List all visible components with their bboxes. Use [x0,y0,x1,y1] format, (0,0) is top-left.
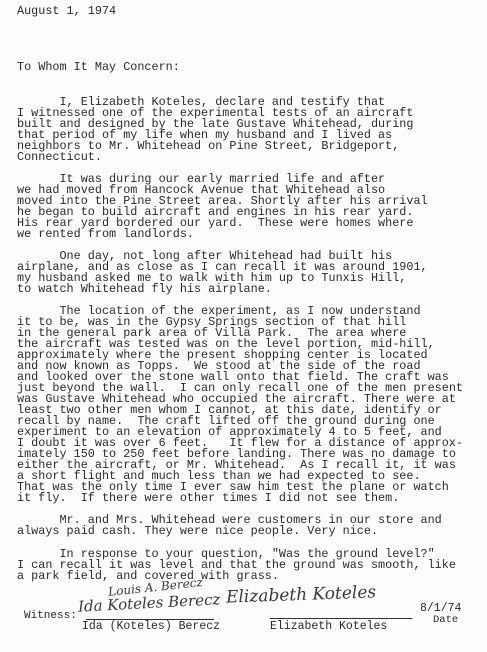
text-line: it fly. If there were other times I did … [17,493,399,504]
signer-printed-name: Elizabeth Koteles [270,621,387,632]
text-line: we rented from landlords. [17,229,194,240]
witness-signature: Ida Koteles Berecz [78,590,221,615]
signature-date: 8/1/74 [420,603,461,614]
text-line: always paid cash. They were nice people.… [17,526,378,537]
salutation: To Whom It May Concern: [17,62,180,73]
signer-signature: Elizabeth Koteles [226,582,377,607]
signer-signature-line [270,618,412,619]
affidavit-page: August 1, 1974 To Whom It May Concern: I… [0,0,487,652]
witness-label: Witness: [24,611,77,622]
date-label: Date [433,615,458,626]
text-line: to watch Whitehead fly his airplane. [17,284,272,295]
witness-printed-name: Ida (Koteles) Berecz [82,621,220,632]
text-line: Connecticut. [17,152,102,163]
letter-date: August 1, 1974 [17,6,116,17]
